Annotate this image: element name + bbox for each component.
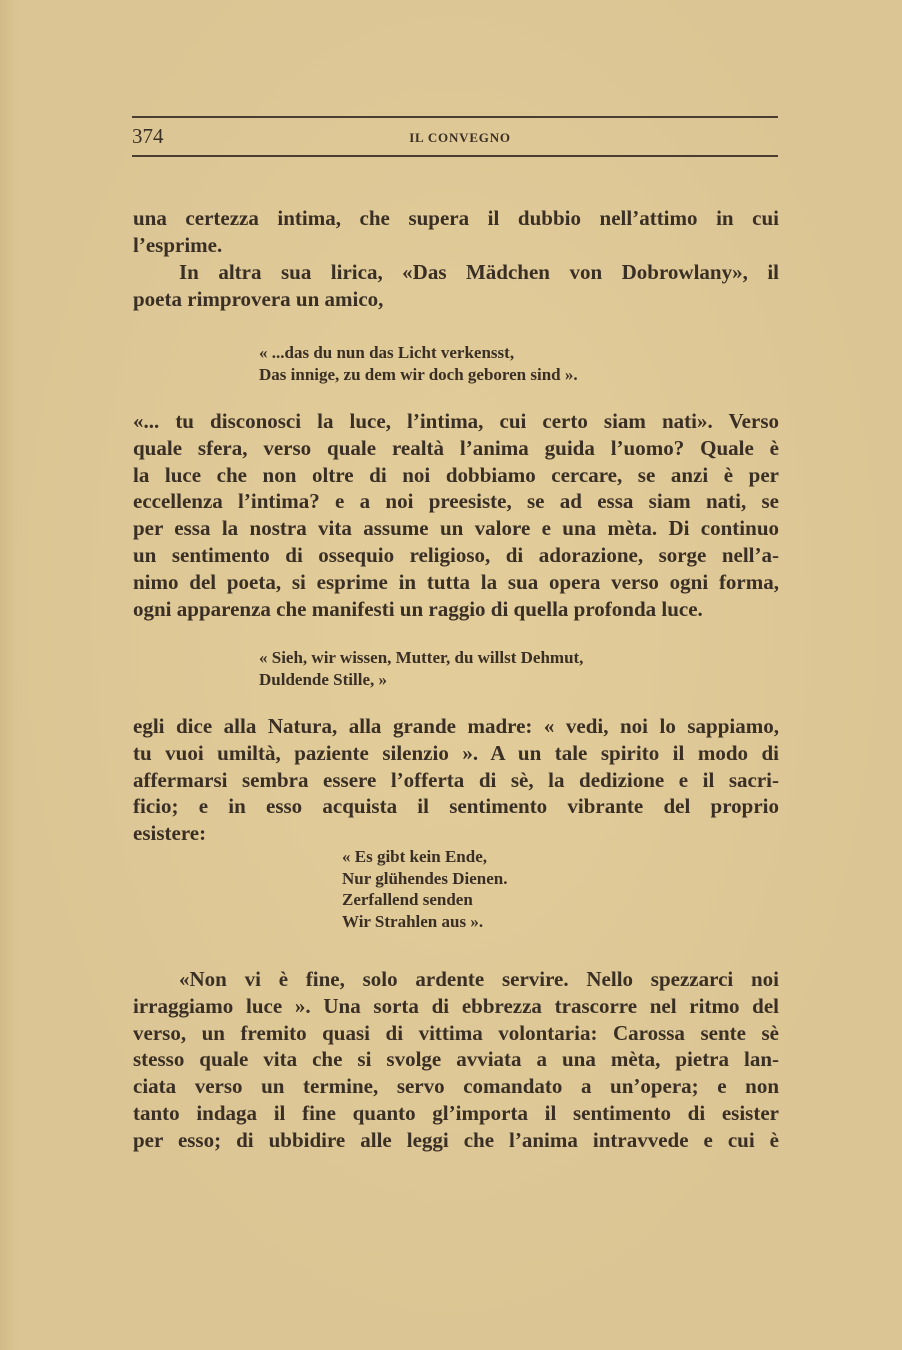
verse-line: Das innige, zu dem wir doch geboren sind… [259,364,578,386]
verse-quote-1: « ...das du nun das Licht verkensst, Das… [259,342,578,385]
text-line: In altra sua lirica, «Das Mädchen von Do… [133,259,779,286]
paragraph-5: «Non vi è fine, solo ardente servire. Ne… [133,966,779,1154]
text-line: per esso; di ubbidire alle leggi che l’a… [133,1127,779,1154]
text-line: stesso quale vita che si svolge avviata … [133,1046,779,1073]
text-line: nimo del poeta, si esprime in tutta la s… [133,569,779,596]
text-line: esistere: [133,820,779,847]
running-title: IL CONVEGNO [0,130,902,146]
text-line: affermarsi sembra essere l’offerta di sè… [133,767,779,794]
text-line: la luce che non oltre di noi dobbiamo ce… [133,462,779,489]
text-line: egli dice alla Natura, alla grande madre… [133,713,779,740]
paragraph-2: In altra sua lirica, «Das Mädchen von Do… [133,259,779,313]
verse-quote-2: « Sieh, wir wissen, Mutter, du willst De… [259,647,583,690]
header-rule-top [132,116,778,118]
book-page: 374 IL CONVEGNO una certezza intima, che… [0,0,902,1350]
verse-quote-3: « Es gibt kein Ende, Nur glühendes Diene… [342,846,507,932]
text-line: per essa la nostra vita assume un valore… [133,515,779,542]
text-line: «... tu disconosci la luce, l’intima, cu… [133,408,779,435]
text-line: eccellenza l’intima? e a noi preesiste, … [133,488,779,515]
header-rule-bottom [132,155,778,157]
verse-line: « Sieh, wir wissen, Mutter, du willst De… [259,647,583,669]
text-line: irraggiamo luce ». Una sorta di ebbrezza… [133,993,779,1020]
paragraph-1: una certezza intima, che supera il dubbi… [133,205,779,259]
text-line: verso, un fremito quasi di vittima volon… [133,1020,779,1047]
verse-line: Duldende Stille, » [259,669,583,691]
paragraph-3: «... tu disconosci la luce, l’intima, cu… [133,408,779,622]
text-line: ogni apparenza che manifesti un raggio d… [133,596,779,623]
text-line: quale sfera, verso quale realtà l’anima … [133,435,779,462]
text-line: «Non vi è fine, solo ardente servire. Ne… [133,966,779,993]
text-line: una certezza intima, che supera il dubbi… [133,205,779,232]
text-line: ficio; e in esso acquista il sentimento … [133,793,779,820]
text-line: tu vuoi umiltà, paziente silenzio ». A u… [133,740,779,767]
text-line: poeta rimprovera un amico, [133,286,779,313]
text-line: un sentimento di ossequio religioso, di … [133,542,779,569]
text-line: l’esprime. [133,232,779,259]
text-line: tanto indaga il fine quanto gl’importa i… [133,1100,779,1127]
verse-line: « Es gibt kein Ende, [342,846,507,868]
verse-line: Nur glühendes Dienen. [342,868,507,890]
paragraph-4: egli dice alla Natura, alla grande madre… [133,713,779,847]
verse-line: Zerfallend senden [342,889,507,911]
verse-line: Wir Strahlen aus ». [342,911,507,933]
text-line: ciata verso un termine, servo comandato … [133,1073,779,1100]
verse-line: « ...das du nun das Licht verkensst, [259,342,578,364]
